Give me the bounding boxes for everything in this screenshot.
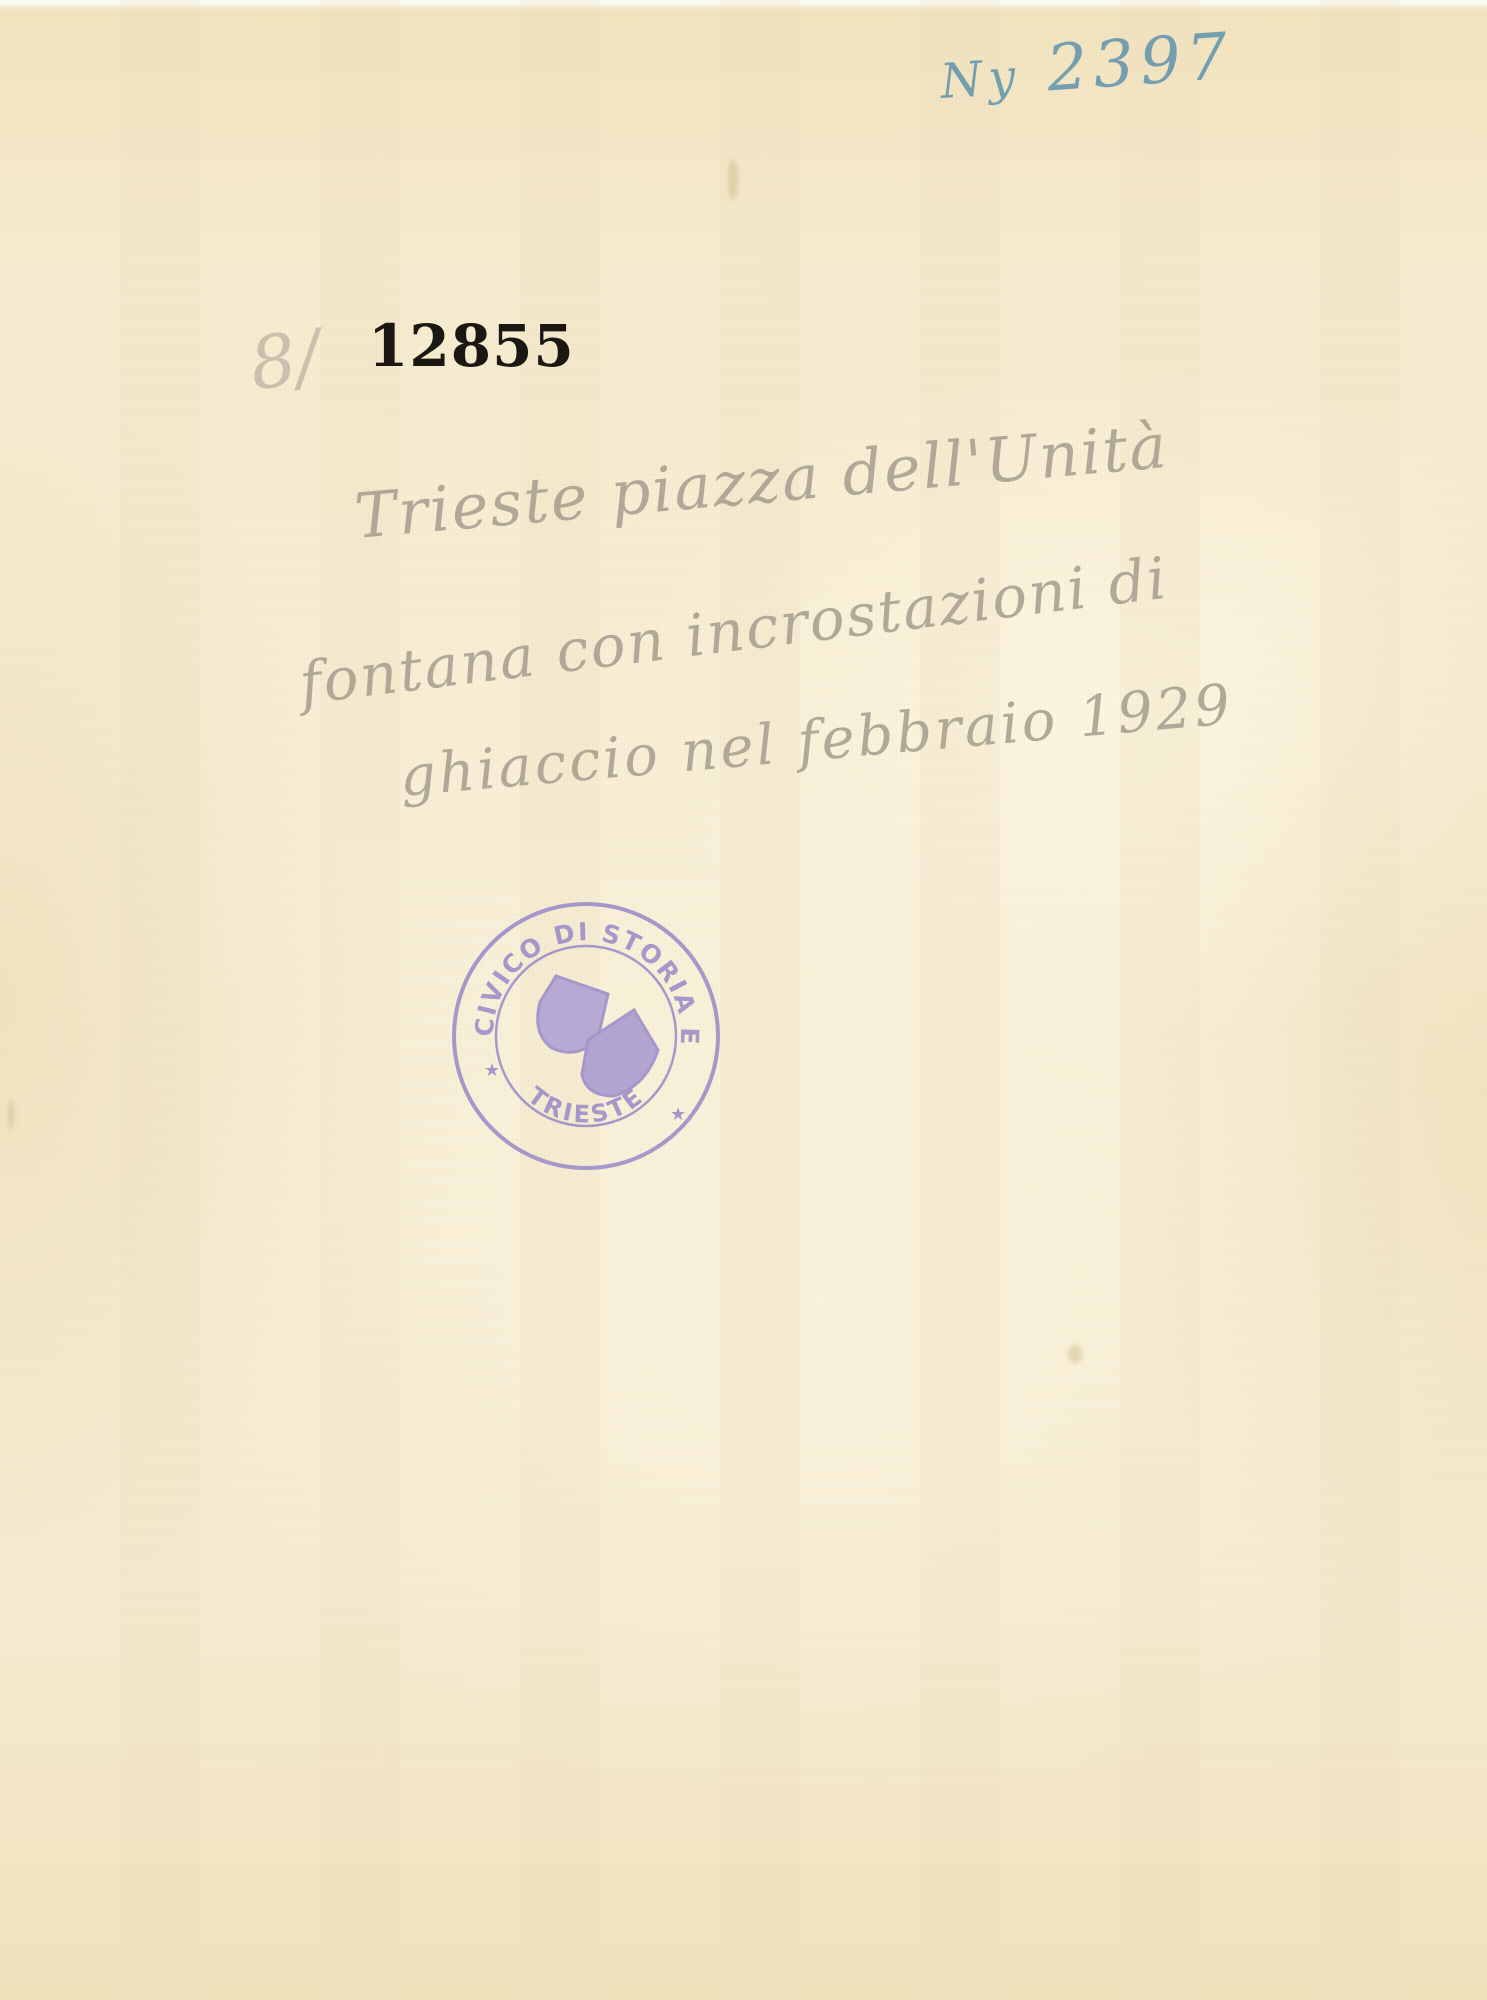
stamp-star-left: ★ — [484, 1060, 500, 1081]
inventory-prefix: Ny — [938, 48, 1023, 110]
caption-line-1: Trieste piazza dell'Unità — [352, 409, 1171, 553]
museum-stamp: MUSEO CIVICO DI STORIA ED ARTE TRIESTE ★… — [448, 898, 724, 1174]
printed-catalog-number: 12855 — [368, 312, 575, 380]
stamp-seal-icon: MUSEO CIVICO DI STORIA ED ARTE TRIESTE ★… — [448, 898, 724, 1174]
caption-line-3: ghiaccio nel febbraio 1929 — [397, 672, 1235, 810]
foxing-spot — [8, 1100, 14, 1130]
foxing-spot — [728, 160, 738, 200]
blue-inventory-number: Ny2397 — [937, 20, 1235, 114]
pencil-prefix: 8/ — [244, 314, 325, 407]
paper-texture — [0, 0, 1487, 2000]
inventory-number: 2397 — [1044, 20, 1236, 107]
twin-shields-icon — [538, 976, 658, 1096]
document-page: Ny2397 8/ 12855 Trieste piazza dell'Unit… — [0, 0, 1487, 2000]
stamp-star-right: ★ — [670, 1104, 686, 1125]
foxing-spot — [1068, 1345, 1082, 1363]
paper-top-edge — [0, 0, 1487, 10]
